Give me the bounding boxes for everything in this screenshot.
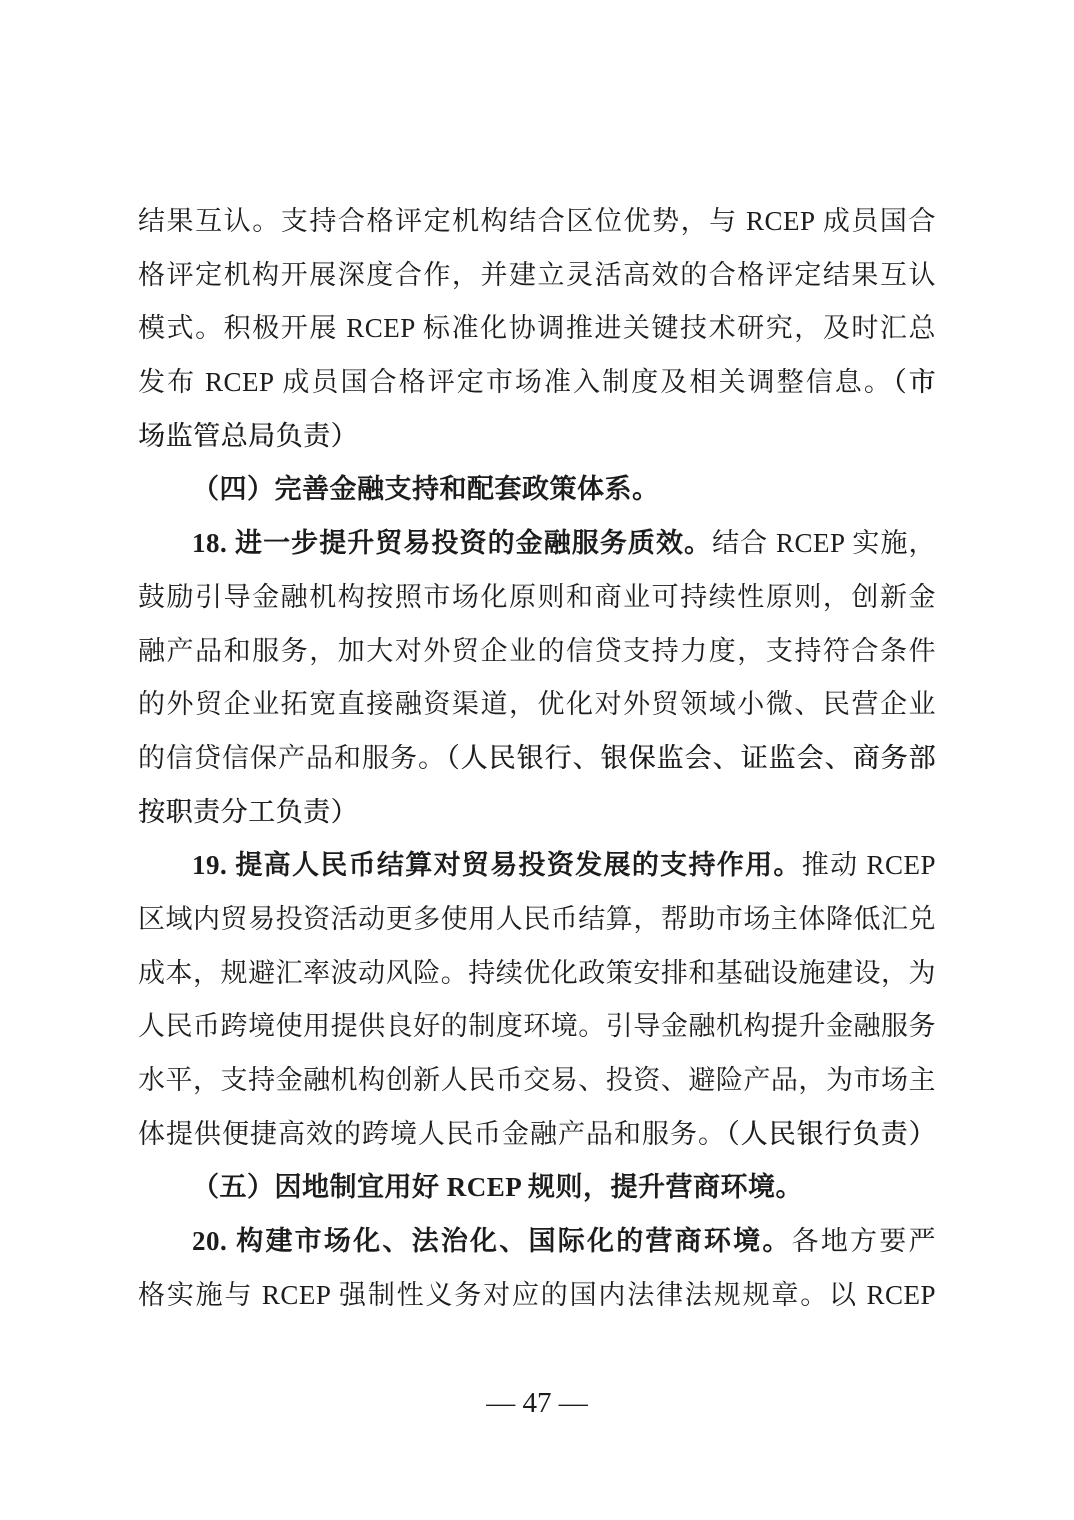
text-segment: 区域内贸易投资活动更多使用人民币结算，帮助市场主体降低汇兑 <box>138 904 936 934</box>
text-line: 18. 进一步提升贸易投资的金融服务质效。结合 RCEP 实施， <box>138 517 936 571</box>
text-line: 20. 构建市场化、法治化、国际化的营商环境。各地方要严 <box>138 1215 936 1269</box>
text-line: 场监管总局负责） <box>138 410 936 464</box>
text-line: 发布 RCEP 成员国合格评定市场准入制度及相关调整信息。（市 <box>138 356 936 410</box>
text-line: 格实施与 RCEP 强制性义务对应的国内法律法规规章。以 RCEP <box>138 1269 936 1323</box>
text-segment: 成本，规避汇率波动风险。持续优化政策安排和基础设施建设，为 <box>138 958 936 988</box>
text-line: （五）因地制宜用好 RCEP 规则，提升营商环境。 <box>138 1161 936 1215</box>
text-segment: 的信贷信保产品和服务。 <box>138 743 446 773</box>
text-line: 成本，规避汇率波动风险。持续优化政策安排和基础设施建设，为 <box>138 947 936 1001</box>
text-segment: 鼓励引导金融机构按照市场化原则和商业可持续性原则，创新金 <box>138 582 936 612</box>
agency-note-segment: 场监管总局负责） <box>138 421 358 451</box>
text-segment: 水平，支持金融机构创新人民币交易、投资、避险产品，为市场主 <box>138 1065 936 1095</box>
text-segment: 的外贸企业拓宽直接融资渠道，优化对外贸领域小微、民营企业 <box>138 689 936 719</box>
text-line: （四）完善金融支持和配套政策体系。 <box>138 463 936 517</box>
text-segment: 体提供便捷高效的跨境人民币金融产品和服务。 <box>138 1119 726 1149</box>
text-segment: 各地方要严 <box>792 1226 936 1256</box>
text-line: 区域内贸易投资活动更多使用人民币结算，帮助市场主体降低汇兑 <box>138 893 936 947</box>
text-line: 人民币跨境使用提供良好的制度环境。引导金融机构提升金融服务 <box>138 1000 936 1054</box>
page-number: — 47 — <box>0 1382 1074 1424</box>
text-segment: 融产品和服务，加大对外贸企业的信贷支持力度，支持符合条件 <box>138 636 936 666</box>
agency-note-segment: （人民银行负责） <box>726 1119 936 1149</box>
text-segment: 模式。积极开展 RCEP 标准化协调推进关键技术研究，及时汇总 <box>138 313 936 343</box>
document-body: 结果互认。支持合格评定机构结合区位优势，与 RCEP 成员国合格评定机构开展深度… <box>138 195 936 1322</box>
text-line: 鼓励引导金融机构按照市场化原则和商业可持续性原则，创新金 <box>138 571 936 625</box>
text-segment: 结果互认。支持合格评定机构结合区位优势，与 RCEP 成员国合 <box>138 206 936 236</box>
text-segment: 推动 RCEP <box>802 850 936 880</box>
agency-note-segment: （人民银行、银保监会、证监会、商务部 <box>446 743 936 773</box>
document-page: 结果互认。支持合格评定机构结合区位优势，与 RCEP 成员国合格评定机构开展深度… <box>0 0 1074 1520</box>
bold-text-segment: 18. 进一步提升贸易投资的金融服务质效。 <box>192 528 712 558</box>
text-line: 模式。积极开展 RCEP 标准化协调推进关键技术研究，及时汇总 <box>138 302 936 356</box>
bold-text-segment: （五）因地制宜用好 RCEP 规则，提升营商环境。 <box>192 1172 803 1202</box>
bold-text-segment: 20. 构建市场化、法治化、国际化的营商环境。 <box>192 1226 792 1256</box>
text-line: 融产品和服务，加大对外贸企业的信贷支持力度，支持符合条件 <box>138 625 936 679</box>
text-line: 水平，支持金融机构创新人民币交易、投资、避险产品，为市场主 <box>138 1054 936 1108</box>
bold-text-segment: 19. 提高人民币结算对贸易投资发展的支持作用。 <box>192 850 802 880</box>
text-line: 结果互认。支持合格评定机构结合区位优势，与 RCEP 成员国合 <box>138 195 936 249</box>
text-line: 的信贷信保产品和服务。（人民银行、银保监会、证监会、商务部 <box>138 732 936 786</box>
text-line: 格评定机构开展深度合作，并建立灵活高效的合格评定结果互认 <box>138 249 936 303</box>
agency-note-segment: 按职责分工负责） <box>138 797 358 827</box>
text-segment: 格评定机构开展深度合作，并建立灵活高效的合格评定结果互认 <box>138 260 936 290</box>
agency-note-segment: （市 <box>893 367 936 397</box>
text-segment: 发布 RCEP 成员国合格评定市场准入制度及相关调整信息。 <box>138 367 893 397</box>
text-line: 按职责分工负责） <box>138 786 936 840</box>
text-segment: 结合 RCEP 实施， <box>712 528 936 558</box>
text-segment: 格实施与 RCEP 强制性义务对应的国内法律法规规章。以 RCEP <box>138 1280 936 1310</box>
text-segment: 人民币跨境使用提供良好的制度环境。引导金融机构提升金融服务 <box>138 1011 936 1041</box>
text-line: 19. 提高人民币结算对贸易投资发展的支持作用。推动 RCEP <box>138 839 936 893</box>
bold-text-segment: （四）完善金融支持和配套政策体系。 <box>192 474 660 504</box>
text-line: 体提供便捷高效的跨境人民币金融产品和服务。（人民银行负责） <box>138 1108 936 1162</box>
text-line: 的外贸企业拓宽直接融资渠道，优化对外贸领域小微、民营企业 <box>138 678 936 732</box>
